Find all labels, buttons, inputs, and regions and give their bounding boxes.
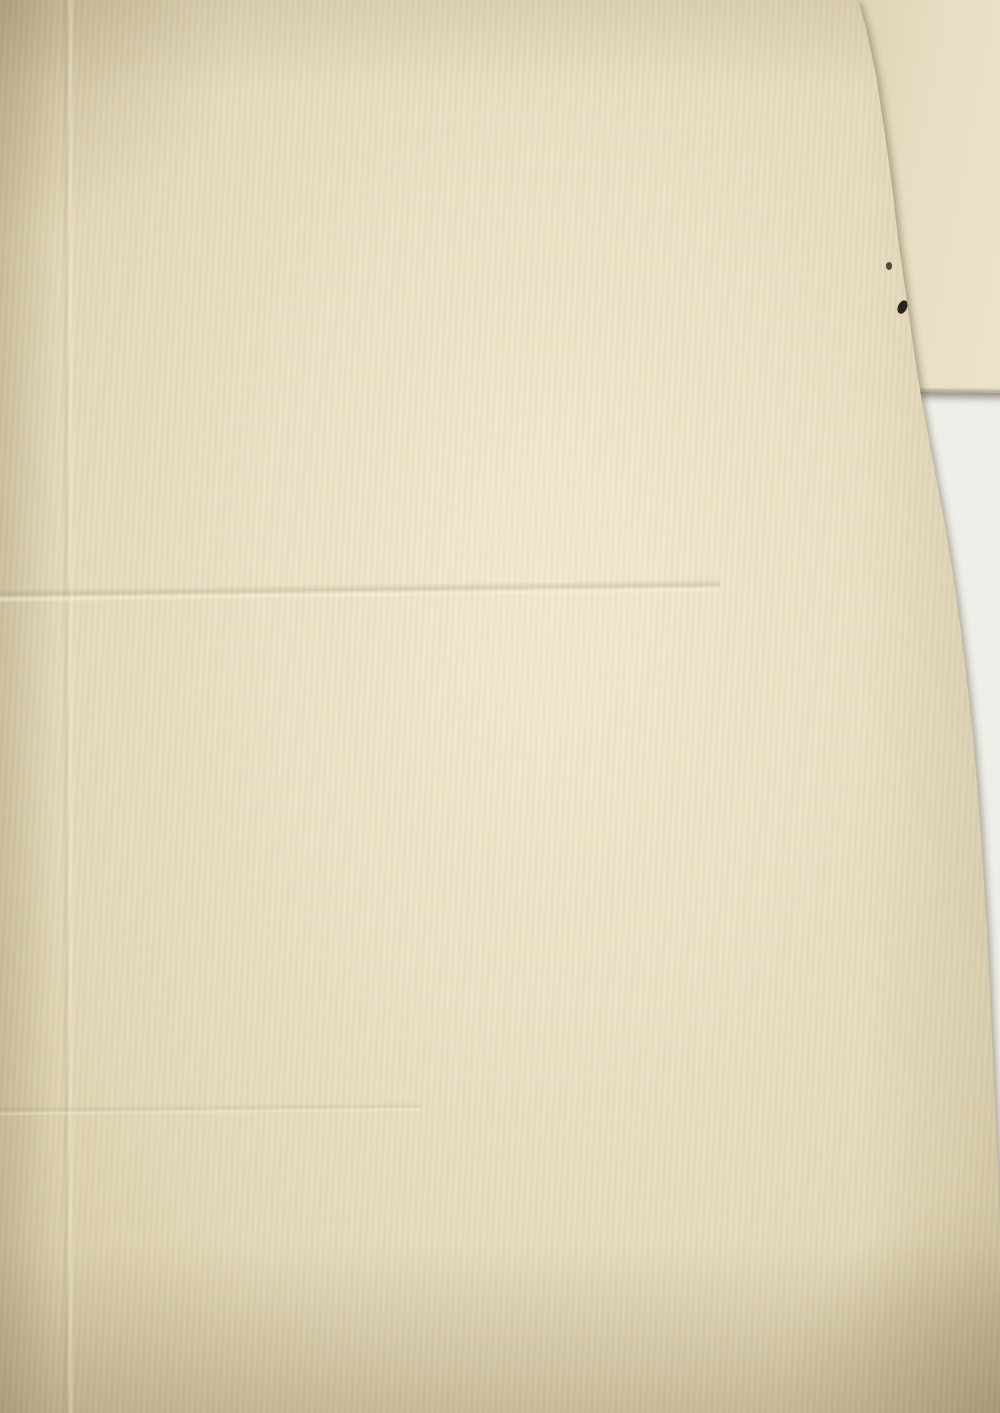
- manuscript-text: [0, 0, 1000, 1413]
- manuscript-sheet: [0, 0, 1000, 1413]
- manuscript-sheet-wrap: [0, 0, 1000, 1413]
- ink-blot-small: [886, 262, 892, 270]
- archival-photo: [0, 0, 1000, 1413]
